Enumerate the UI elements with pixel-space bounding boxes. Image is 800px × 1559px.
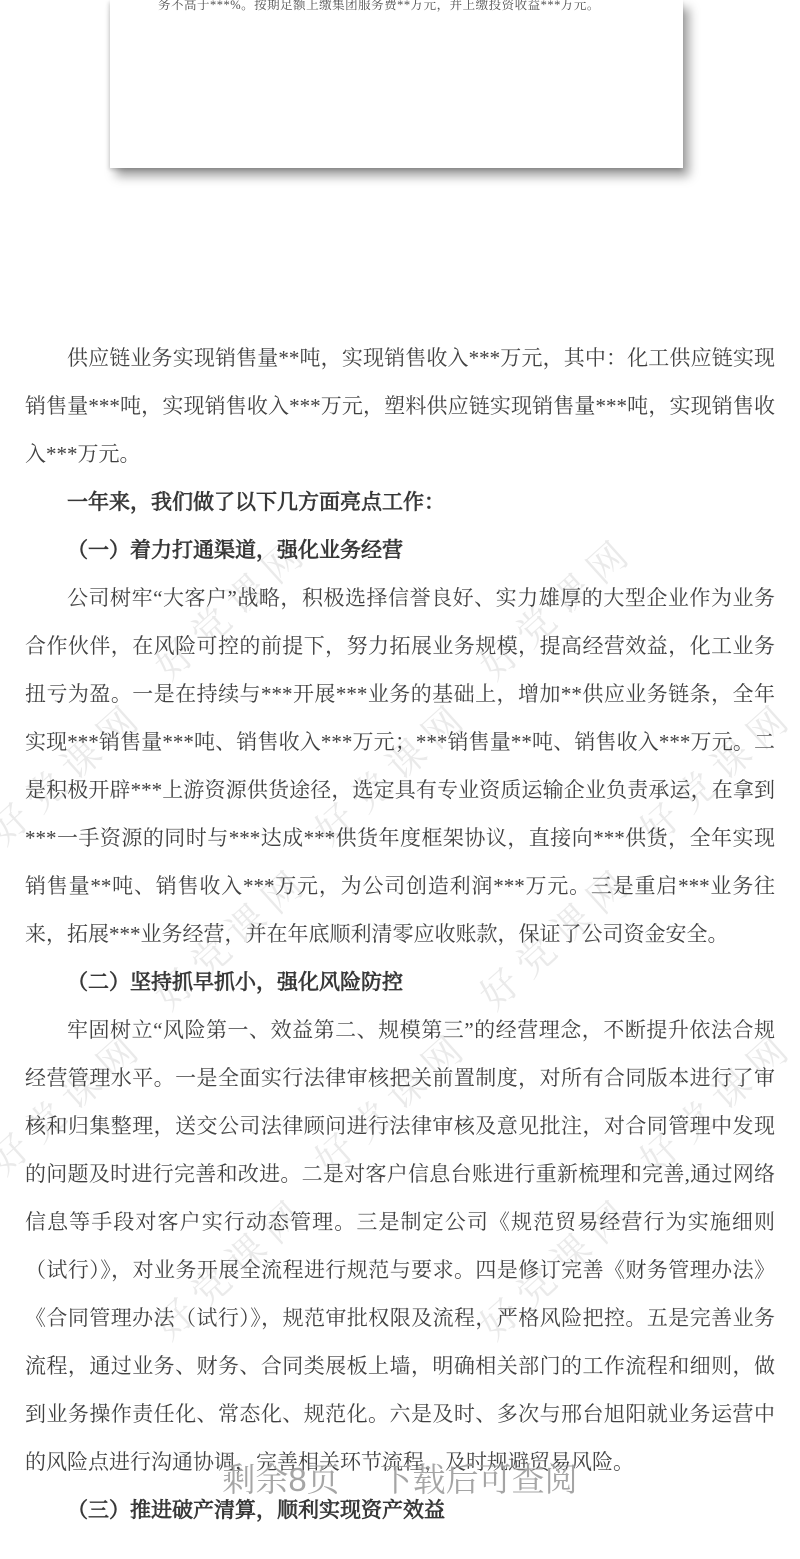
previous-page-preview-card: 务不高于***%。按期足额上缴集团服务费**万元，并上缴投资收益***万元。 — [110, 0, 683, 168]
document-heading: 一年来，我们做了以下几方面亮点工作： — [25, 478, 775, 526]
download-hint-text: 下载后可查阅 — [380, 1461, 578, 1498]
document-heading: （一）着力打通渠道，强化业务经营 — [25, 526, 775, 574]
document-body: 供应链业务实现销售量**吨，实现销售收入***万元，其中：化工供应链实现销售量*… — [25, 334, 775, 1534]
document-heading: （二）坚持抓早抓小，强化风险防控 — [25, 958, 775, 1006]
document-paragraph: 牢固树立“风险第一、效益第二、规模第三”的经营理念，不断提升依法合规经营管理水平… — [25, 1006, 775, 1486]
previous-page-tail-text: 务不高于***%。按期足额上缴集团服务费**万元，并上缴投资收益***万元。 — [110, 0, 683, 14]
remaining-pages-count: 剩余8页 — [222, 1461, 339, 1498]
document-preview-page: 务不高于***%。按期足额上缴集团服务费**万元，并上缴投资收益***万元。 好… — [0, 0, 800, 1559]
document-paragraph: 供应链业务实现销售量**吨，实现销售收入***万元，其中：化工供应链实现销售量*… — [25, 334, 775, 478]
document-paragraph: 公司树牢“大客户”战略，积极选择信誉良好、实力雄厚的大型企业作为业务合作伙伴，在… — [25, 574, 775, 958]
remaining-pages-notice: 剩余8页下载后可查阅 — [0, 1458, 800, 1502]
